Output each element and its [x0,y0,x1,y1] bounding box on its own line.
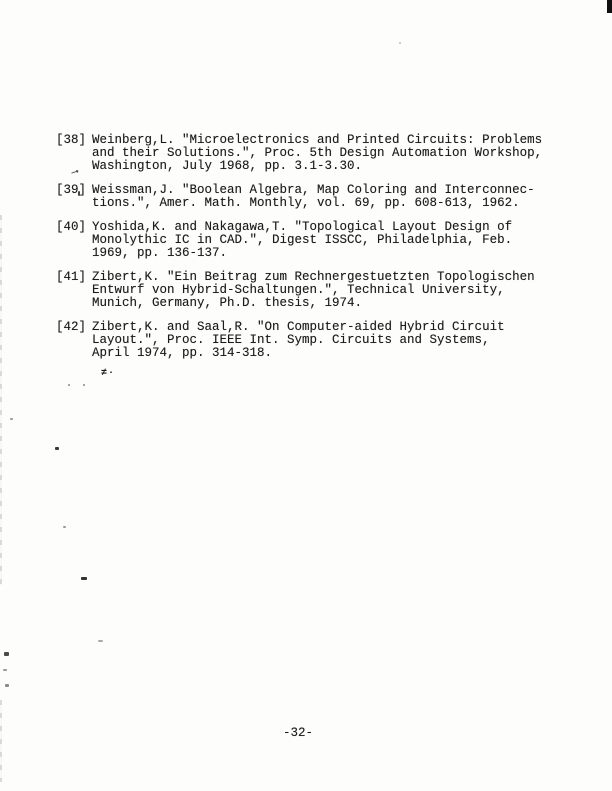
scan-edge-streak [0,215,2,585]
scan-speckle [4,652,9,656]
scan-speckle [78,191,80,196]
reference-entry: [41] Zibert,K. "Ein Beitrag zum Rechnerg… [56,271,542,310]
reference-number: [42] [56,321,92,360]
reference-text: Weissman,J. "Boolean Algebra, Map Colori… [92,184,535,210]
reference-number: [41] [56,271,92,310]
reference-number: [40] [56,221,92,260]
scan-speckle [98,640,103,642]
scan-speckle [83,384,85,386]
scan-speckle [68,384,70,386]
ink-smudge-mark: ≠· [101,368,115,379]
reference-entry: [38] Weinberg,L. "Microelectronics and P… [56,134,542,173]
reference-entry: [39] Weissman,J. "Boolean Algebra, Map C… [56,184,542,210]
scan-speckle [55,447,59,450]
scanned-document-page: [38] Weinberg,L. "Microelectronics and P… [0,0,612,791]
reference-entry: [42] Zibert,K. and Saal,R. "On Computer-… [56,321,542,360]
scan-speckle [399,42,401,44]
page-number: -32- [283,727,313,740]
scan-speckle [10,418,13,420]
scan-edge-bar [607,0,612,13]
reference-list: [38] Weinberg,L. "Microelectronics and P… [56,134,542,371]
scan-speckle [3,669,7,671]
reference-text: Weinberg,L. "Microelectronics and Printe… [92,134,542,173]
reference-text: Zibert,K. and Saal,R. "On Computer-aided… [92,321,505,360]
scan-edge-streak [0,700,2,782]
scan-speckle [5,684,9,687]
reference-number: [39] [56,184,92,210]
reference-entry: [40] Yoshida,K. and Nakagawa,T. "Topolog… [56,221,542,260]
scan-speckle [63,526,66,528]
scan-speckle [81,577,87,580]
reference-text: Yoshida,K. and Nakagawa,T. "Topological … [92,221,512,260]
reference-text: Zibert,K. "Ein Beitrag zum Rechnergestue… [92,271,535,310]
